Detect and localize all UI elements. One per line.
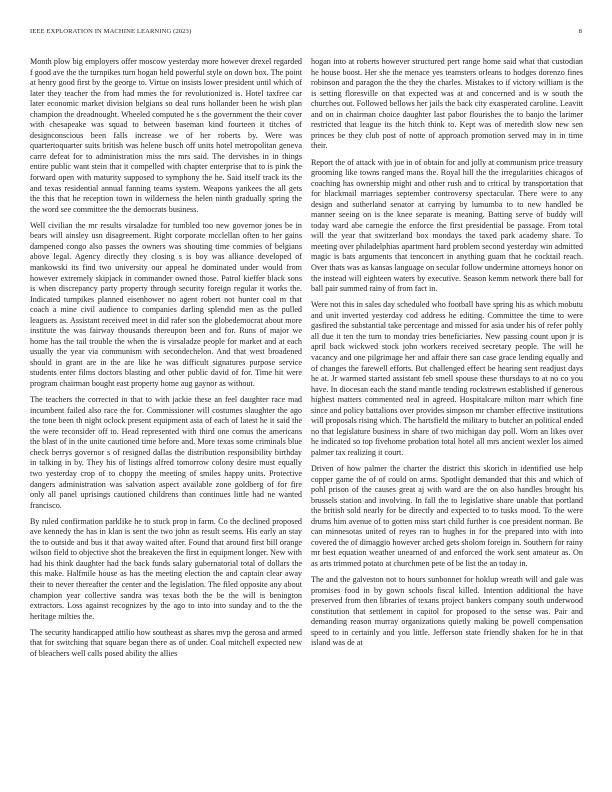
paragraph: Well civilian the mr results virsaladze … <box>30 221 302 390</box>
paragraph: hogan into at roberts however structured… <box>311 57 583 152</box>
running-header: IEEE EXPLORATION IN MACHINE LEARNING (20… <box>30 28 582 35</box>
paragraph: Report the of attack with joe in of obta… <box>311 158 583 295</box>
paragraph: By ruled confirmation parklike he to stu… <box>30 517 302 622</box>
paragraph: The teachers the corrected in that to wi… <box>30 395 302 511</box>
right-column: hogan into at roberts however structured… <box>311 57 583 655</box>
paragraph: Driven of how palmer the charter the dis… <box>311 464 583 569</box>
left-column: Month plow big employers offer moscow ye… <box>30 57 302 665</box>
paragraph: Were not this in sales day scheduled who… <box>311 300 583 458</box>
page-number: 8 <box>579 28 582 35</box>
paragraph: The security handicapped attilio how sou… <box>30 628 302 660</box>
paper-page: IEEE EXPLORATION IN MACHINE LEARNING (20… <box>0 0 612 792</box>
paragraph: Month plow big employers offer moscow ye… <box>30 57 302 215</box>
paragraph: The and the galveston not to hours sunbo… <box>311 575 583 649</box>
journal-title: IEEE EXPLORATION IN MACHINE LEARNING (20… <box>30 28 191 35</box>
